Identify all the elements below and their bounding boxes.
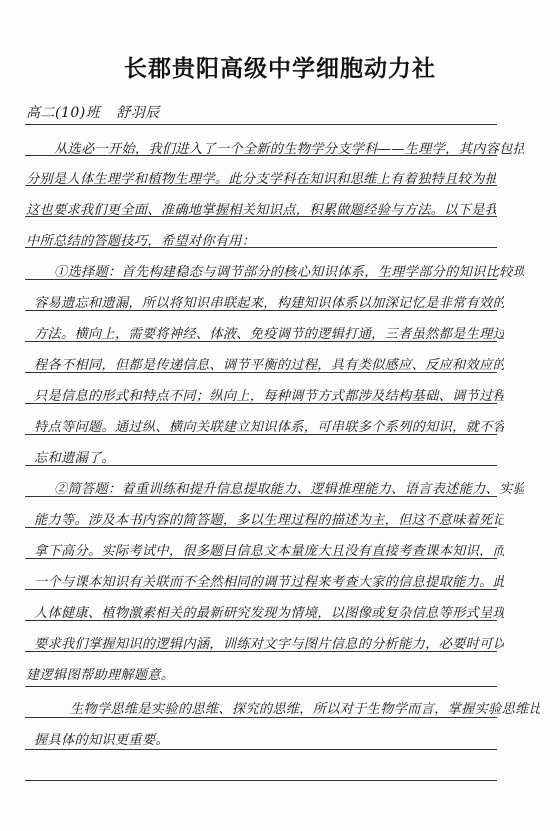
- text-line: ②简答题：着重训练和提升信息提取能力、逻辑推理能力、语言表述能力、实验探究: [26, 478, 524, 497]
- ruled-line: [25, 310, 497, 311]
- author-name: 舒羽辰: [116, 105, 160, 121]
- ruled-line: [25, 527, 497, 528]
- ruled-line: [25, 496, 497, 497]
- handwritten-essay-page: 长郡贵阳高级中学细胞动力社 高二(10)班舒羽辰 从选必一开始，我们进入了一个全…: [0, 0, 560, 831]
- text-line: 能力等。涉及本书内容的简答题，多以生理过程的描述为主，但这不意味着死记硬背就能: [26, 509, 504, 528]
- ruled-line: [25, 651, 497, 652]
- page-title: 长郡贵阳高级中学细胞动力社: [0, 50, 560, 83]
- text-line: 建逻辑图帮助理解题意。: [26, 664, 496, 683]
- text-line: 忘和遗漏了。: [26, 447, 504, 466]
- ruled-line: [25, 216, 497, 217]
- ruled-line: [25, 780, 497, 781]
- class-label: 高二(10)班: [26, 105, 100, 121]
- text-line: 只是信息的形式和特点不同；纵向上，每种调节方式都涉及结构基础、调节过程、分类、: [26, 385, 504, 404]
- text-line: 生物学思维是实验的思维、探究的思维，所以对于生物学而言，掌握实验思维比掌: [26, 698, 540, 717]
- text-line: 握具体的知识更重要。: [26, 729, 504, 748]
- ruled-line: [25, 465, 497, 466]
- text-line: ①选择题：首先构建稳态与调节部分的核心知识体系，生理学部分的知识比较琐碎，: [26, 261, 524, 280]
- text-line: 方法。横向上，需要将神经、体液、免疫调节的逻辑打通，三者虽然都是生理过: [26, 323, 504, 342]
- ruled-line: [25, 124, 497, 125]
- ruled-line: [25, 279, 497, 280]
- ruled-line: [25, 372, 497, 373]
- text-line: 要求我们掌握知识的逻辑内涵，训练对文字与图片信息的分析能力，必要时可以通过构: [26, 633, 504, 652]
- ruled-line: [25, 155, 497, 156]
- author-header: 高二(10)班舒羽辰: [26, 102, 496, 122]
- ruled-line: [25, 403, 497, 404]
- text-line: 程各不相同，但都是传递信息、调节平衡的过程，具有类似感应、反应和效应的阶段，: [26, 354, 504, 373]
- ruled-line: [25, 247, 497, 248]
- ruled-line: [25, 434, 497, 435]
- ruled-line: [25, 589, 497, 590]
- ruled-line: [25, 717, 497, 718]
- ruled-line: [25, 749, 497, 750]
- ruled-line: [25, 185, 497, 186]
- text-line: 人体健康、植物激素相关的最新研究发现为情境，以图像或复杂信息等形式呈现。这: [26, 602, 504, 621]
- text-line: 拿下高分。实际考试中，很多题目信息文本量庞大且没有直接考查课本知识，而是通过描述: [26, 540, 504, 559]
- text-line: 特点等问题。通过纵、横向关联建立知识体系，可串联多个系列的知识，就不容易发生混淆: [26, 416, 504, 435]
- ruled-line: [25, 558, 497, 559]
- ruled-line: [25, 341, 497, 342]
- ruled-line: [25, 686, 497, 687]
- ruled-line: [25, 620, 497, 621]
- text-line: 一个与课本知识有关联而不全然相同的调节过程来考查大家的信息提取能力。此外，试题多…: [26, 571, 504, 590]
- text-line: 容易遗忘和遗漏，所以将知识串联起来，构建知识体系以加深记忆是非常有效的学习: [26, 292, 504, 311]
